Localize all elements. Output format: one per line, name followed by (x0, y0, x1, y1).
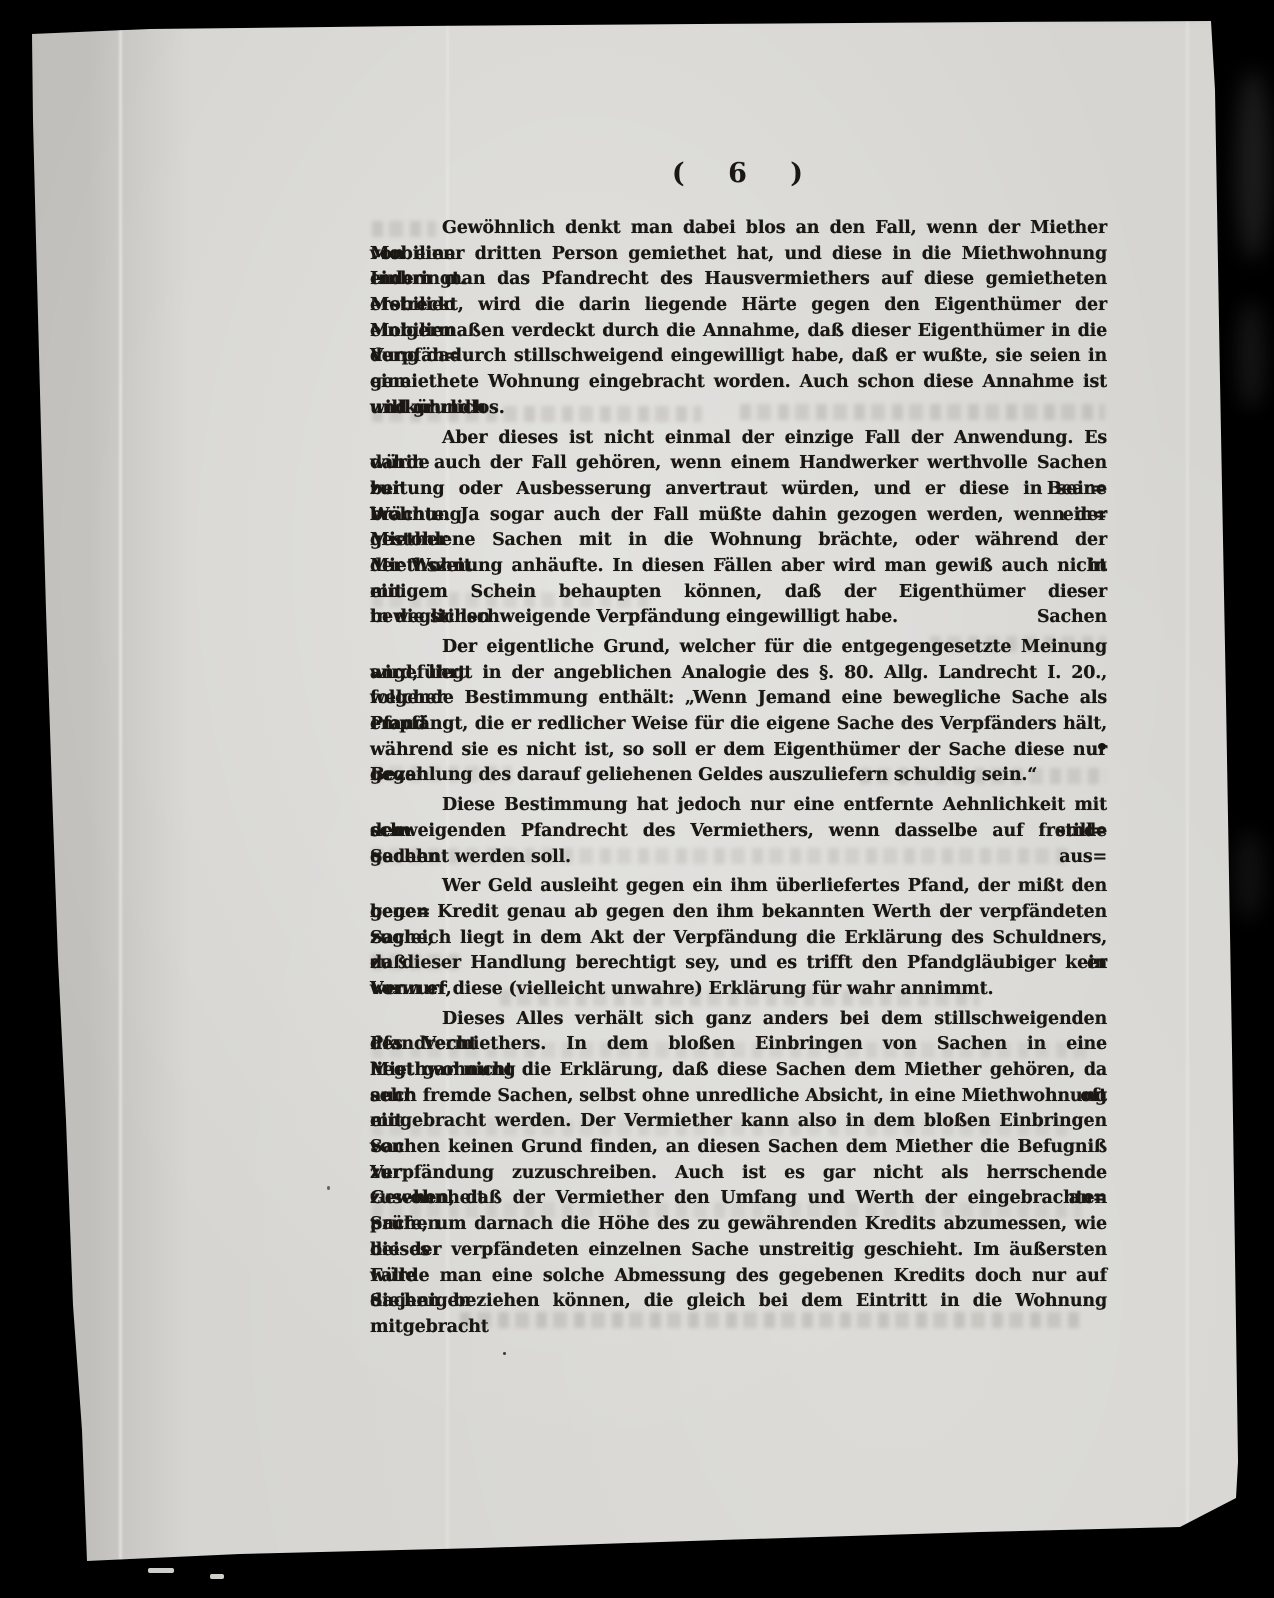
text-line: Sachen beziehen können, die gleich bei d… (370, 1289, 1107, 1315)
text-line: wird, liegt in der angeblichen Analogie … (370, 661, 1107, 687)
text-line: gestohlene Sachen mit in die Wohnung brä… (370, 528, 1107, 554)
text-line: Sachen keinen Grund finden, an diesen Sa… (370, 1135, 1107, 1161)
text-line: einigermaßen verdeckt durch die Annahme,… (370, 319, 1107, 345)
text-line: Dieses Alles verhält sich ganz anders be… (370, 1007, 1107, 1033)
text-line: und grundlos. (370, 396, 1107, 422)
text-line: beitung oder Ausbesserung anvertraut wür… (370, 477, 1107, 503)
text-line: Gewöhnlich denkt man dabei blos an den F… (370, 216, 1107, 242)
text-line: von einer dritten Person gemiethet hat, … (370, 242, 1107, 268)
text-line: schweigenden Pfandrecht des Vermiethers,… (370, 819, 1107, 845)
scan-streak (119, 0, 122, 1598)
text-line: folgende Bestimmung enthält: „Wenn Jeman… (370, 686, 1107, 712)
text-line: Aber dieses ist nicht einmal der einzige… (370, 426, 1107, 452)
paragraph: Aber dieses ist nicht einmal der einzige… (370, 426, 1107, 632)
text-line: Verpfändung zuzuschreiben. Auch ist es g… (370, 1161, 1107, 1187)
text-line: der Wohnung anhäufte. In diesen Fällen a… (370, 554, 1107, 580)
text-line: des Vermiethers. In dem bloßen Einbringe… (370, 1032, 1107, 1058)
text-line: gemiethete Wohnung eingebracht worden. A… (370, 370, 1107, 396)
text-line: Diese Bestimmung hat jedoch nur eine ent… (370, 793, 1107, 819)
paragraph: Diese Bestimmung hat jedoch nur eine ent… (370, 793, 1107, 870)
text-line: Indem man das Pfandrecht des Hausvermiet… (370, 267, 1107, 293)
scanner-shadow-blob (1238, 300, 1264, 410)
text-line: zugleich liegt in dem Akt der Verpfändun… (370, 926, 1107, 952)
scan-streak (1186, 0, 1189, 1598)
text-line: bei der verpfändeten einzelnen Sache uns… (370, 1238, 1107, 1264)
page-number: ( 6 ) (370, 158, 1107, 189)
paragraph: Der eigentliche Grund, welcher für die e… (370, 635, 1107, 789)
text-line: eingebracht werden. Der Vermiether kann … (370, 1109, 1107, 1135)
text-line: Wer Geld ausleiht gegen ein ihm überlief… (370, 874, 1107, 900)
text-line: Der eigentliche Grund, welcher für die e… (370, 635, 1107, 661)
text-line: empfängt, die er redlicher Weise für die… (370, 712, 1107, 738)
text-block: Gewöhnlich denkt man dabei blos an den F… (370, 216, 1107, 1315)
paragraph: Gewöhnlich denkt man dabei blos an den F… (370, 216, 1107, 422)
text-line: einigem Schein behaupten können, daß der… (370, 580, 1107, 606)
paper-sheet: ( 6 ) Gewöhnlich denkt man dabei blos an… (0, 0, 1274, 1598)
paragraph: Wer Geld ausleiht gegen ein ihm überlief… (370, 874, 1107, 1002)
text-line: erstreckt, wird die darin liegende Härte… (370, 293, 1107, 319)
text-line: prüfe, um darnach die Höhe des zu gewähr… (370, 1212, 1107, 1238)
text-line: benen Kredit genau ab gegen den ihm beka… (370, 900, 1107, 926)
paragraph: Dieses Alles verhält sich ganz anders be… (370, 1007, 1107, 1315)
text-line: zusehen, daß der Vermiether den Umfang u… (370, 1186, 1107, 1212)
text-line: Bezahlung des darauf geliehenen Geldes a… (370, 763, 1107, 789)
scanner-shadow-blob (1234, 830, 1264, 920)
text-line: würde man eine solche Abmessung des gege… (370, 1264, 1107, 1290)
text-line: zu dieser Handlung berechtigt sey, und e… (370, 951, 1107, 977)
paper-fragment-speck (148, 1568, 174, 1573)
text-line: liegt gar nicht die Erklärung, daß diese… (370, 1058, 1107, 1084)
ink-speck (503, 1352, 506, 1355)
ink-speck (327, 1186, 330, 1190)
paper-fragment-speck (210, 1574, 224, 1579)
scanner-shadow-blob (1236, 70, 1270, 260)
text-line: brächte. Ja sogar auch der Fall müßte da… (370, 503, 1107, 529)
text-line: wenn er diese (vielleicht unwahre) Erklä… (370, 977, 1107, 1003)
text-line: auch fremde Sachen, selbst ohne unredlic… (370, 1084, 1107, 1110)
text-line: dahin auch der Fall gehören, wenn einem … (370, 451, 1107, 477)
text-line: dung dadurch stillschweigend eingewillig… (370, 344, 1107, 370)
text-line: während sie es nicht ist, so soll er dem… (370, 738, 1107, 764)
